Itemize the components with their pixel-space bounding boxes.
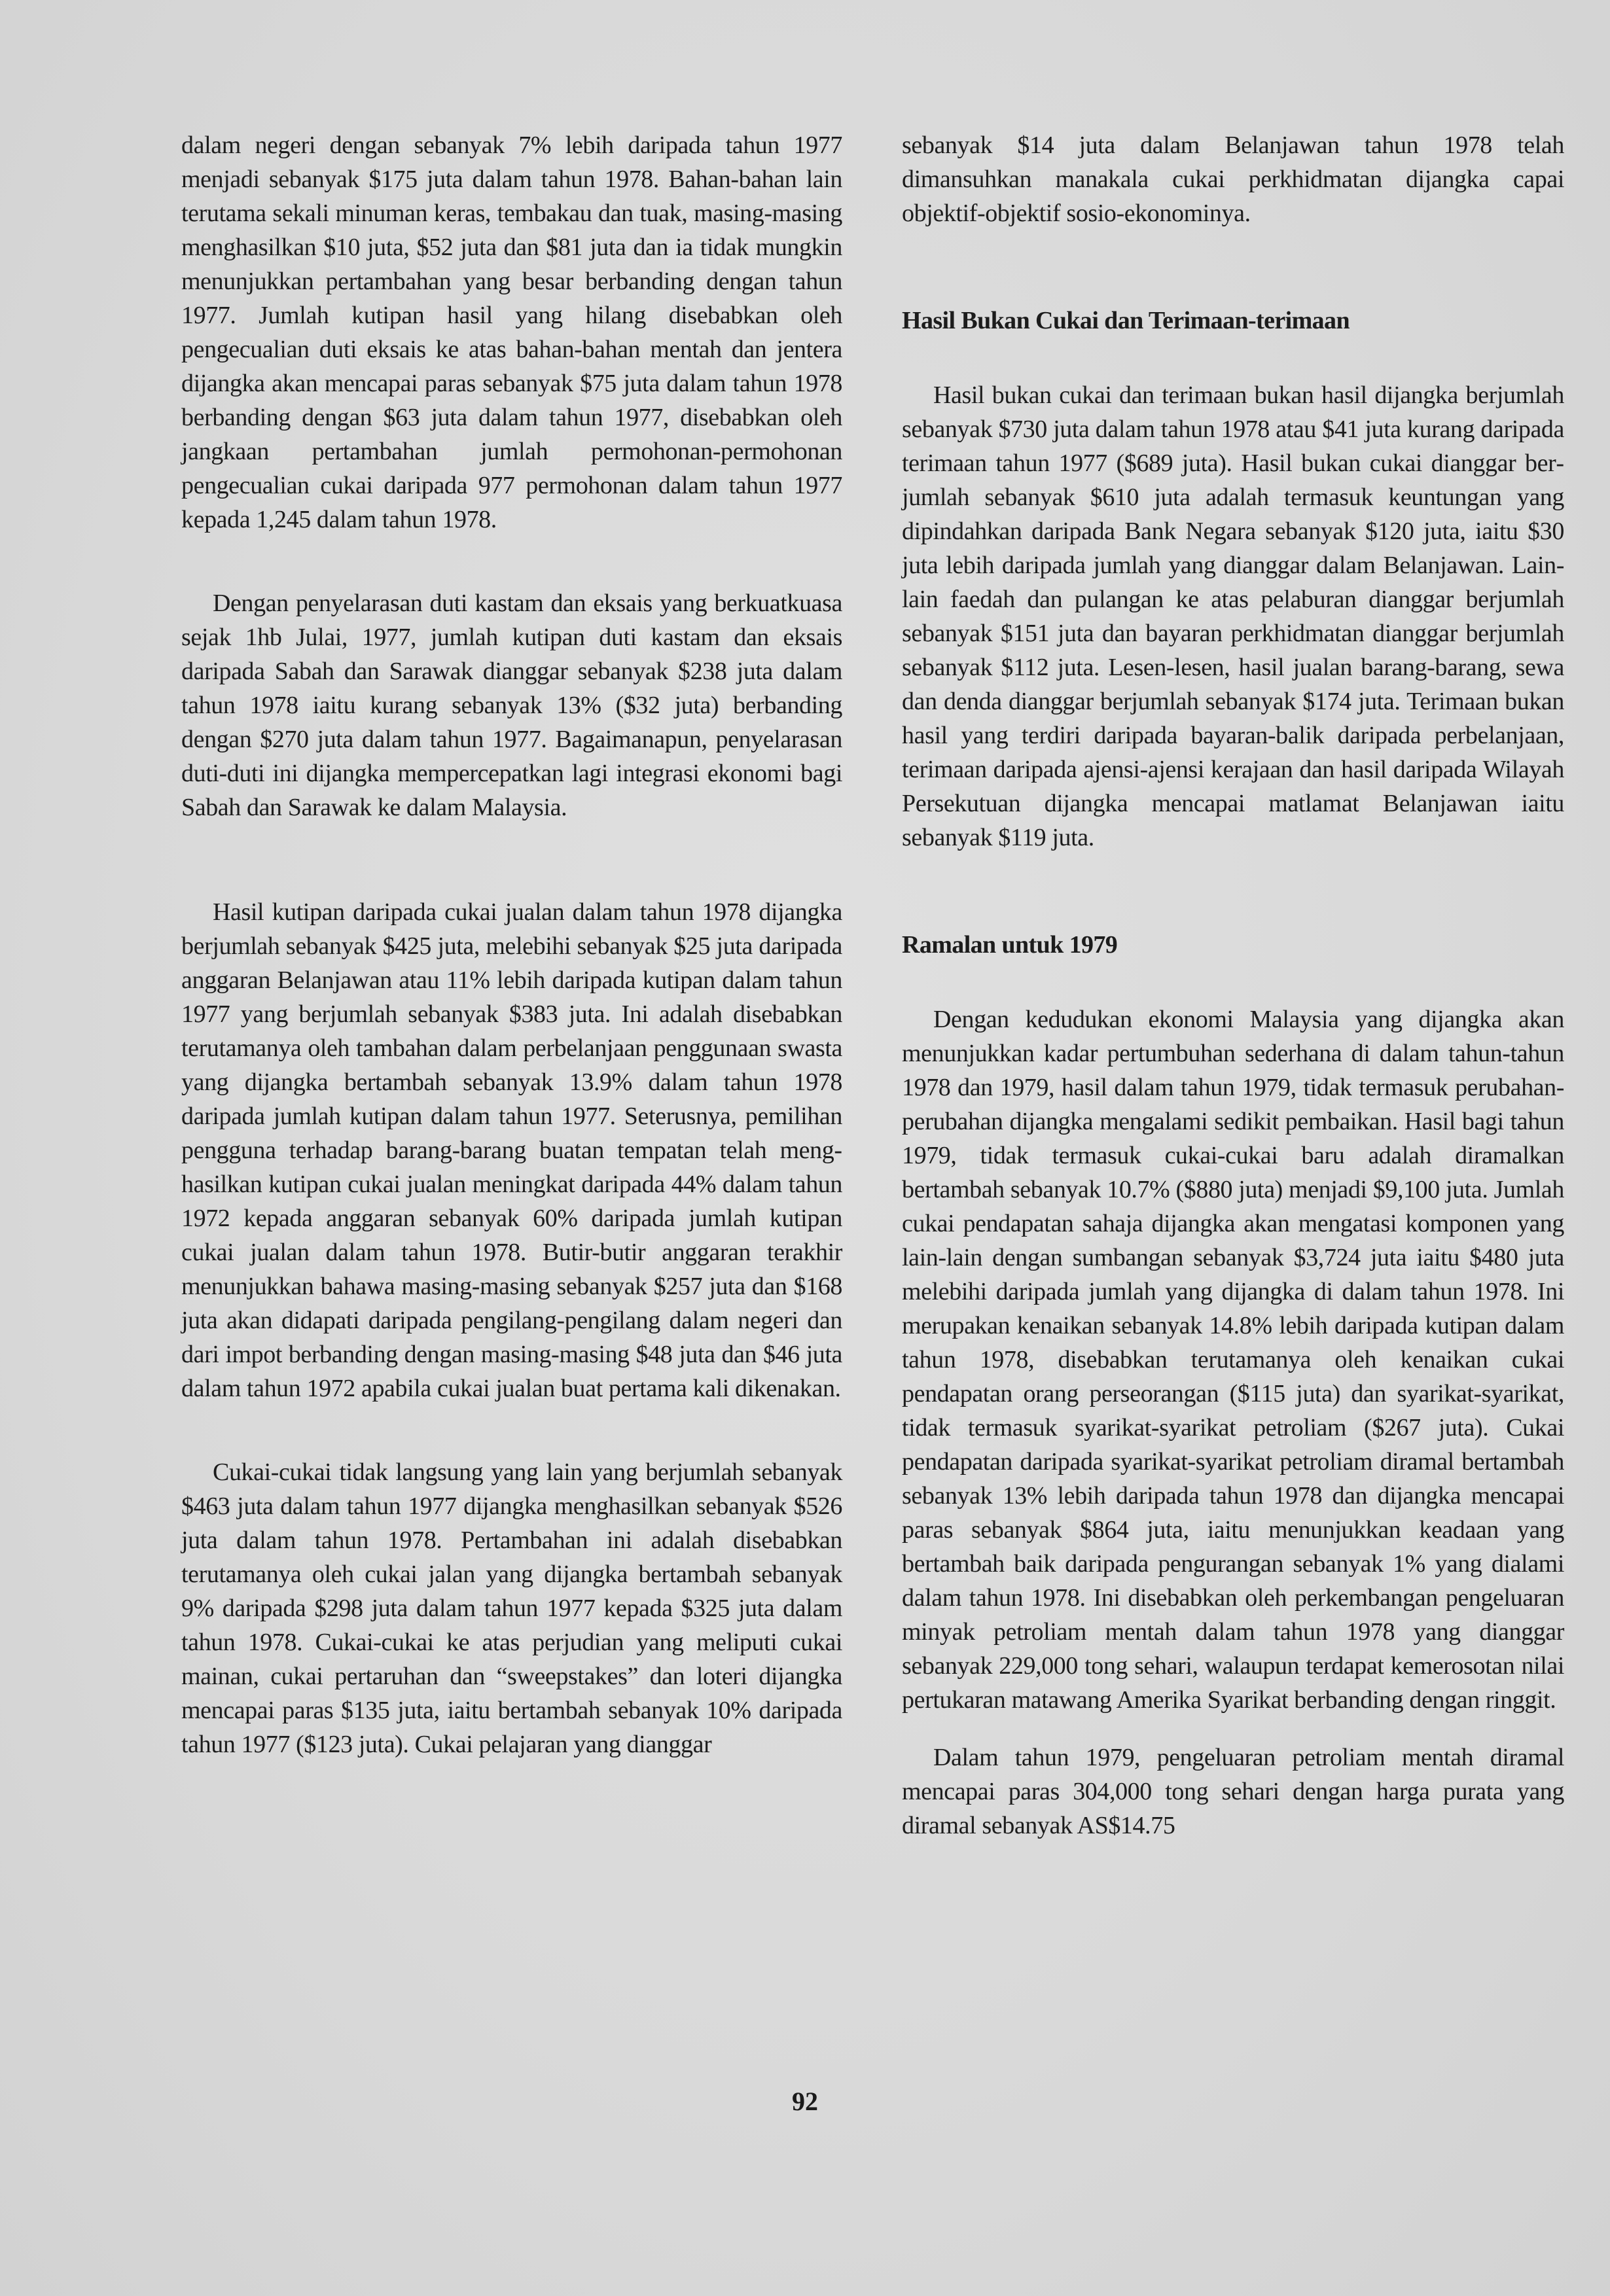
page-number: 92 [0,2086,1610,2117]
paragraph-excise-duties: dalam negeri dengan sebanyak 7% lebih da… [181,128,842,537]
section-heading-forecast-1979: Ramalan untuk 1979 [902,928,1564,962]
paragraph-petroleum-production: Dalam tahun 1979, pengeluaran petroliam … [902,1740,1564,1843]
section-heading-non-tax-revenue: Hasil Bukan Cukai dan Terimaan-terimaan [902,304,1564,338]
paragraph-forecast-revenue: Dengan kedudukan ekonomi Malaysia yang d… [902,1002,1564,1717]
paragraph-non-tax-revenue: Hasil bukan cukai dan terimaan bukan has… [902,378,1564,855]
paragraph-continuation: sebanyak $14 juta dalam Belanjawan tahun… [902,128,1564,230]
document-page: dalam negeri dengan sebanyak 7% lebih da… [0,0,1610,2296]
right-column: sebanyak $14 juta dalam Belanjawan tahun… [902,128,1564,1843]
paragraph-sales-tax: Hasil kutipan daripada cukai jualan dala… [181,895,842,1405]
paragraph-other-indirect-taxes: Cukai-cukai tidak langsung yang lain yan… [181,1455,842,1761]
left-column: dalam negeri dengan sebanyak 7% lebih da… [181,128,842,1761]
paragraph-sabah-sarawak-duties: Dengan penyelarasan duti kastam dan eksa… [181,586,842,824]
